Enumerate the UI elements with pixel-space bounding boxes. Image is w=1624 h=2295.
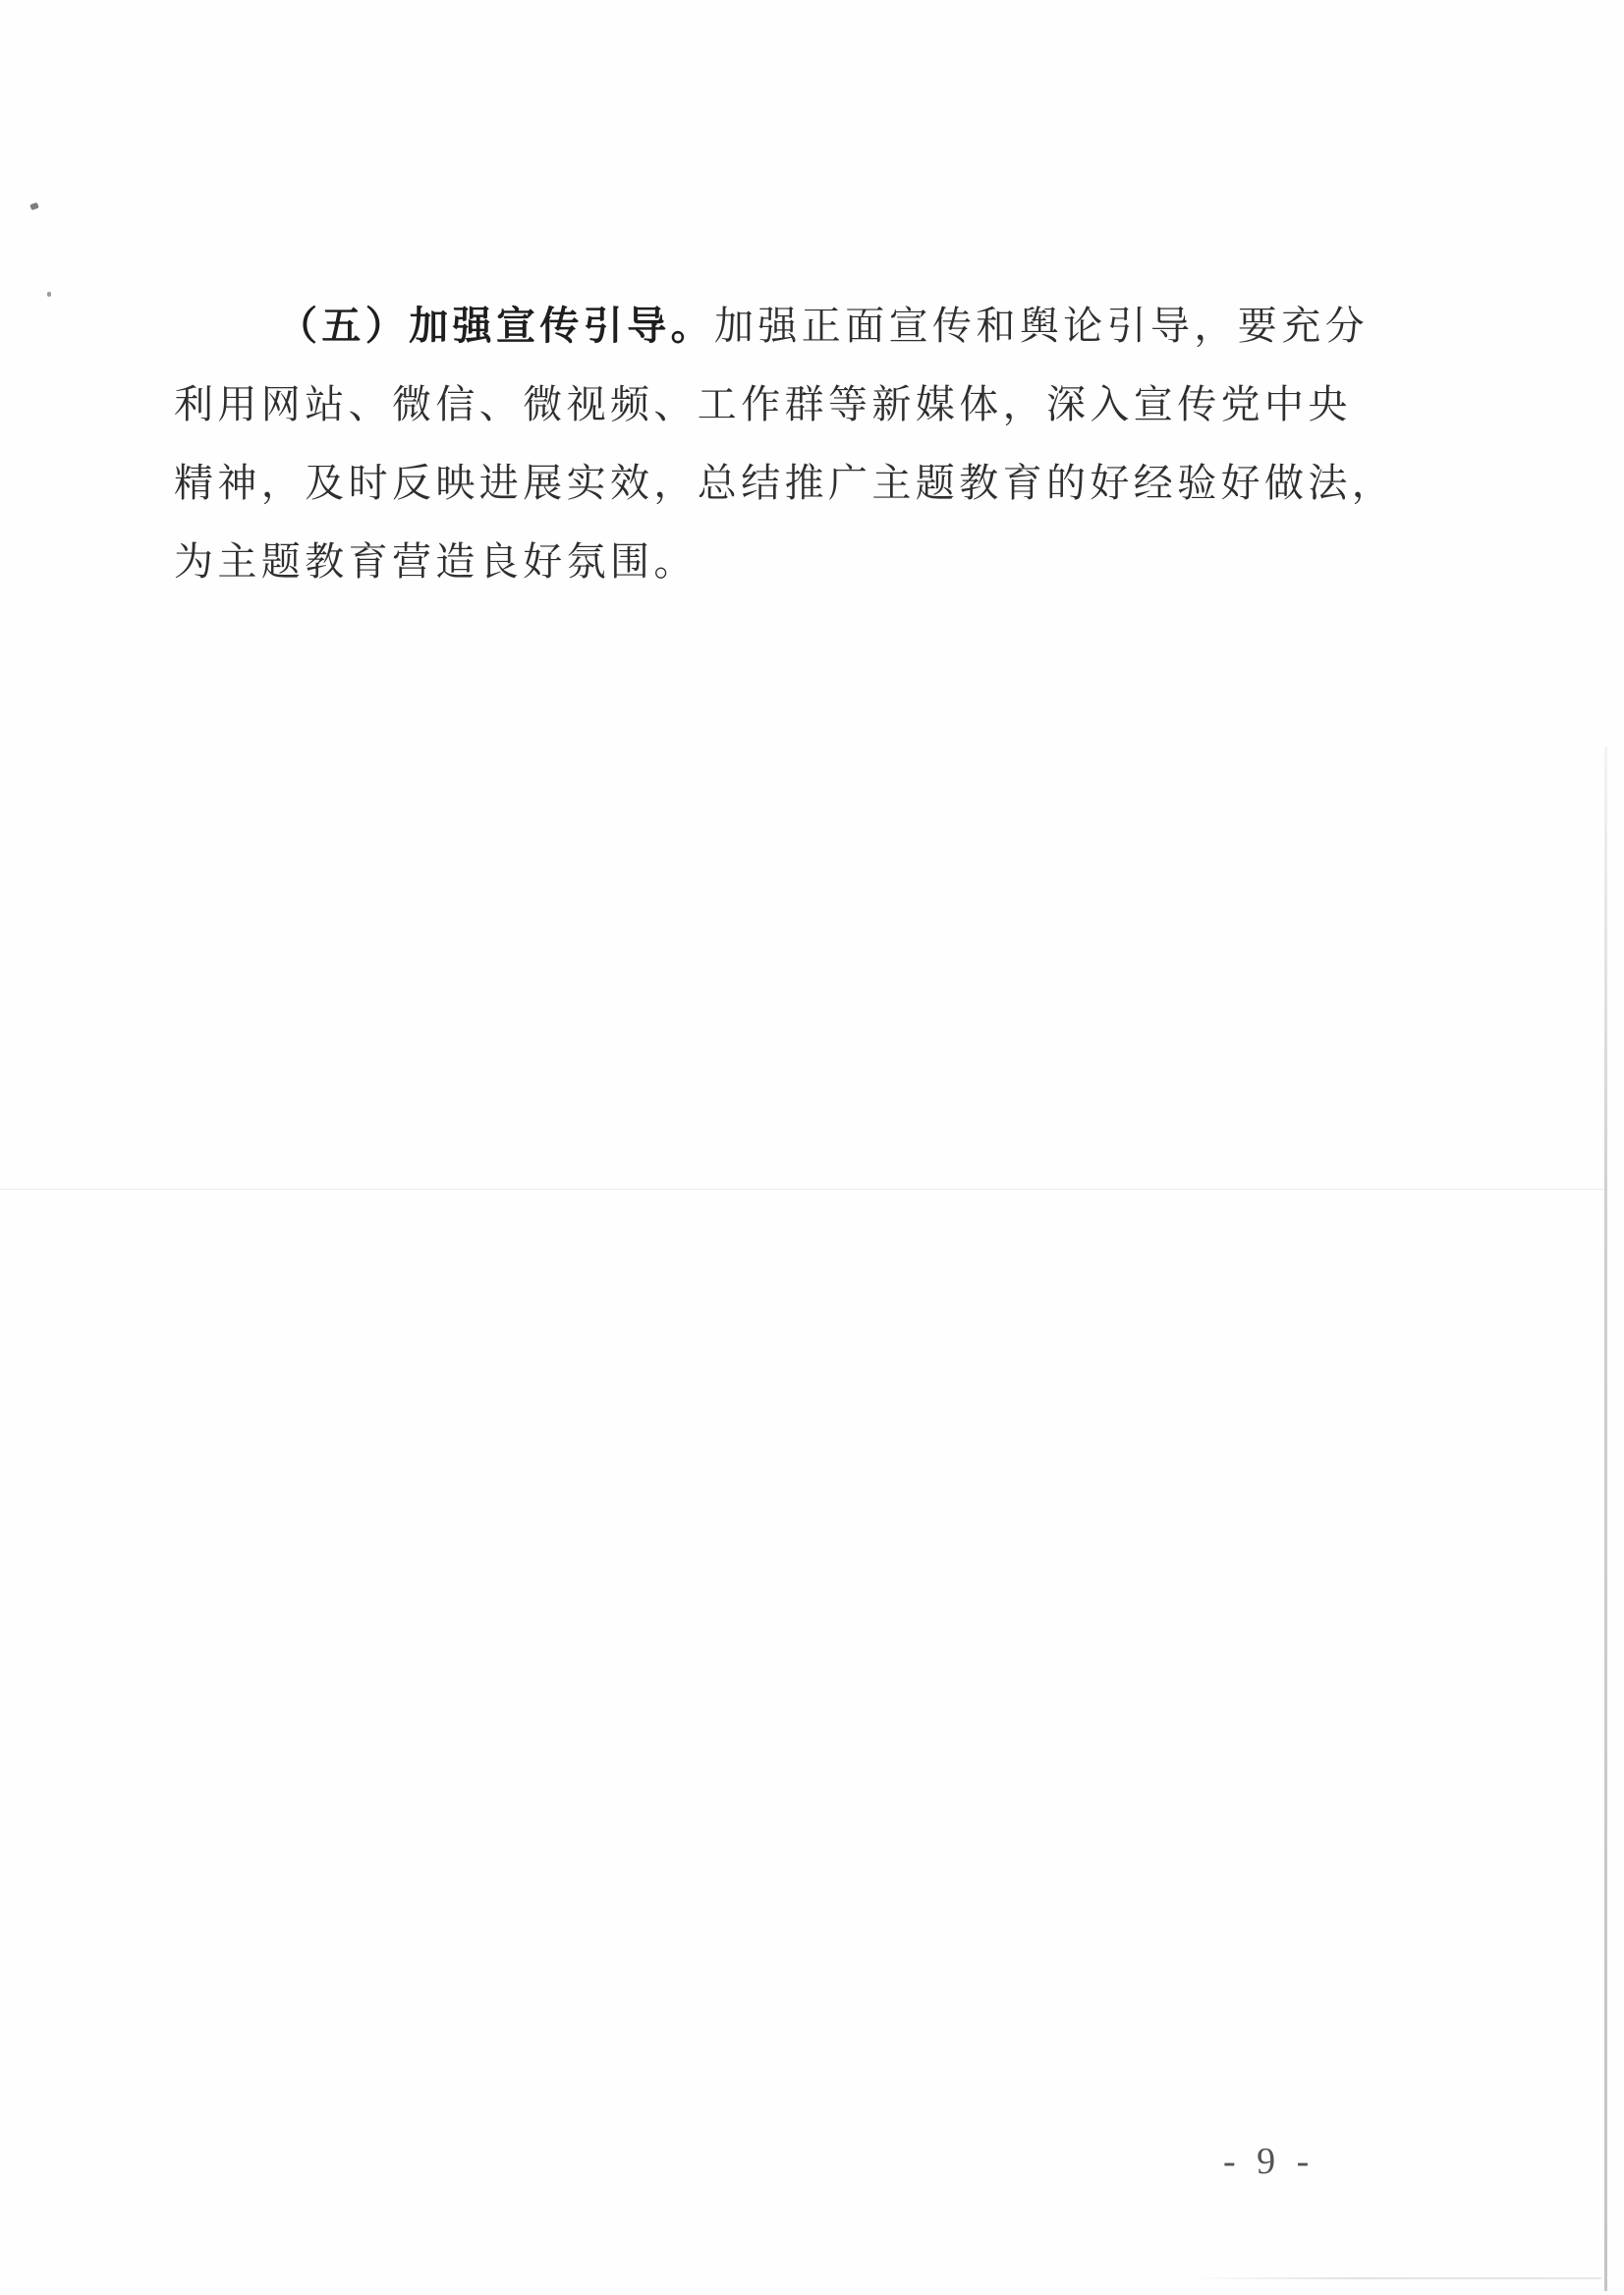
page-fold-line — [0, 1189, 1607, 1190]
document-page: （五）加强宣传引导。加强正面宣传和舆论引导，要充分 利用网站、微信、微视频、工作… — [0, 0, 1624, 2295]
page-number: - 9 - — [1223, 2140, 1315, 2183]
scan-speck — [29, 202, 39, 210]
section-heading: （五）加强宣传引导。 — [278, 303, 714, 349]
paragraph-line: （五）加强宣传引导。加强正面宣传和舆论引导，要充分 — [174, 287, 1363, 365]
paragraph-line: 利用网站、微信、微视频、工作群等新媒体，深入宣传党中央 — [174, 365, 1363, 444]
page-edge-shadow — [1604, 747, 1607, 2291]
body-paragraph: （五）加强宣传引导。加强正面宣传和舆论引导，要充分 利用网站、微信、微视频、工作… — [174, 287, 1363, 601]
scan-speck — [47, 292, 51, 297]
paragraph-text: 加强正面宣传和舆论引导，要充分 — [714, 304, 1369, 349]
paragraph-line: 精神，及时反映进展实效，总结推广主题教育的好经验好做法， — [174, 444, 1363, 523]
page-edge-shadow — [1189, 2277, 1601, 2279]
paragraph-line: 为主题教育营造良好氛围。 — [174, 523, 1363, 601]
